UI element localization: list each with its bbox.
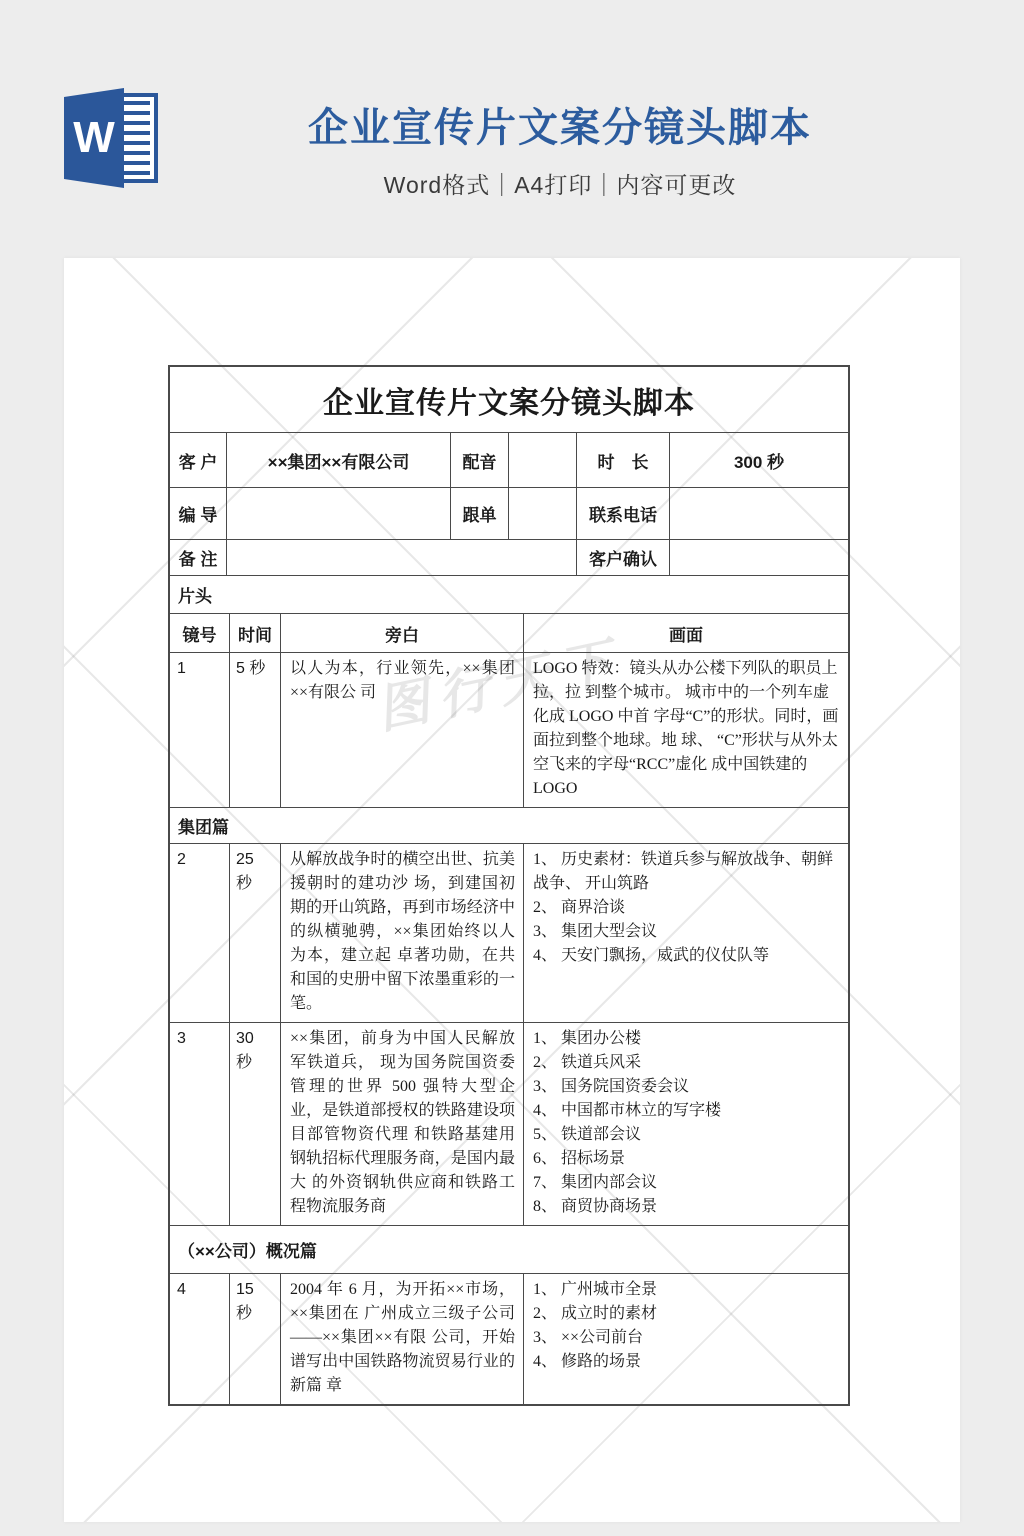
scene-2-time: 25 秒 <box>230 844 281 1022</box>
scene-row-1: 1 5 秒 以人为本，行业领先，××集团××有限公 司 LOGO 特效：镜头从办… <box>170 653 848 808</box>
scene-1-shot: 1 <box>170 653 230 807</box>
banner-title: 企业宣传片文案分镜头脚本 <box>160 96 960 153</box>
col-visual: 画面 <box>524 614 848 652</box>
scene-2-visual: 1、 历史素材：铁道兵参与解放战争、朝鲜战争、 开山筑路 2、 商界洽谈 3、 … <box>524 844 848 1022</box>
dubbing-value <box>509 433 577 487</box>
scene-1-visual: LOGO 特效：镜头从办公楼下列队的职员上拉，拉 到整个城市。 城市中的一个列车… <box>524 653 848 807</box>
client-label: 客 户 <box>170 433 227 487</box>
scene-columns-header: 镜号 时间 旁白 画面 <box>170 614 848 653</box>
info-row-note: 备 注 客户确认 <box>170 540 848 576</box>
confirm-value <box>670 540 848 575</box>
scene-1-narration: 以人为本，行业领先，××集团××有限公 司 <box>281 653 524 807</box>
document-preview: { "banner": { "title": "企业宣传片文案分镜头脚本", "… <box>0 0 1024 1536</box>
col-shot: 镜号 <box>170 614 230 652</box>
word-icon-doc-lines <box>124 101 150 175</box>
storyboard-table: 企业宣传片文案分镜头脚本 客 户 ××集团××有限公司 配音 时 长 300 秒… <box>168 365 850 1406</box>
document-page: 图行天下 企业宣传片文案分镜头脚本 客 户 ××集团××有限公司 配音 时 长 … <box>64 258 960 1522</box>
word-icon: W <box>64 88 158 188</box>
scene-4-time: 15 秒 <box>230 1274 281 1404</box>
client-value: ××集团××有限公司 <box>227 433 451 487</box>
section-header-group: 集团篇 <box>170 808 848 844</box>
scene-1-time: 5 秒 <box>230 653 281 807</box>
section-header-company: （××公司）概况篇 <box>170 1226 848 1274</box>
director-label: 编 导 <box>170 488 227 539</box>
scene-4-visual: 1、 广州城市全景 2、 成立时的素材 3、 ××公司前台 4、 修路的场景 <box>524 1274 848 1404</box>
scene-3-narration: ××集团，前身为中国人民解放军铁道兵， 现为国务院国资委管理的世界 500 强特… <box>281 1023 524 1225</box>
scene-4-narration: 2004 年 6 月，为开拓××市场，××集团在 广州成立三级子公司——××集团… <box>281 1274 524 1404</box>
info-row-client: 客 户 ××集团××有限公司 配音 时 长 300 秒 <box>170 433 848 488</box>
note-label: 备 注 <box>170 540 227 575</box>
banner-text: 企业宣传片文案分镜头脚本 Word格式｜A4打印｜内容可更改 <box>160 88 960 200</box>
scene-row-4: 4 15 秒 2004 年 6 月，为开拓××市场，××集团在 广州成立三级子公… <box>170 1274 848 1404</box>
scene-3-time: 30 秒 <box>230 1023 281 1225</box>
dubbing-label: 配音 <box>451 433 509 487</box>
table-title: 企业宣传片文案分镜头脚本 <box>170 367 848 433</box>
follow-label: 跟单 <box>451 488 509 539</box>
scene-4-shot: 4 <box>170 1274 230 1404</box>
note-value <box>227 540 577 575</box>
scene-row-3: 3 30 秒 ××集团，前身为中国人民解放军铁道兵， 现为国务院国资委管理的世界… <box>170 1023 848 1226</box>
section-header-intro: 片头 <box>170 576 848 614</box>
banner: W 企业宣传片文案分镜头脚本 Word格式｜A4打印｜内容可更改 <box>64 88 960 198</box>
confirm-label: 客户确认 <box>577 540 670 575</box>
follow-value <box>509 488 577 539</box>
duration-value: 300 秒 <box>670 433 848 487</box>
duration-label: 时 长 <box>577 433 670 487</box>
director-value <box>227 488 451 539</box>
info-row-director: 编 导 跟单 联系电话 <box>170 488 848 540</box>
scene-2-shot: 2 <box>170 844 230 1022</box>
col-time: 时间 <box>230 614 281 652</box>
phone-value <box>670 488 848 539</box>
scene-row-2: 2 25 秒 从解放战争时的横空出世、抗美援朝时的建功沙 场，到建国初期的开山筑… <box>170 844 848 1023</box>
word-icon-letter: W <box>64 88 124 188</box>
scene-3-shot: 3 <box>170 1023 230 1225</box>
banner-subtitle: Word格式｜A4打印｜内容可更改 <box>160 167 960 200</box>
col-narration: 旁白 <box>281 614 524 652</box>
phone-label: 联系电话 <box>577 488 670 539</box>
scene-2-narration: 从解放战争时的横空出世、抗美援朝时的建功沙 场，到建国初期的开山筑路，再到市场经… <box>281 844 524 1022</box>
scene-3-visual: 1、 集团办公楼 2、 铁道兵风采 3、 国务院国资委会议 4、 中国都市林立的… <box>524 1023 848 1225</box>
